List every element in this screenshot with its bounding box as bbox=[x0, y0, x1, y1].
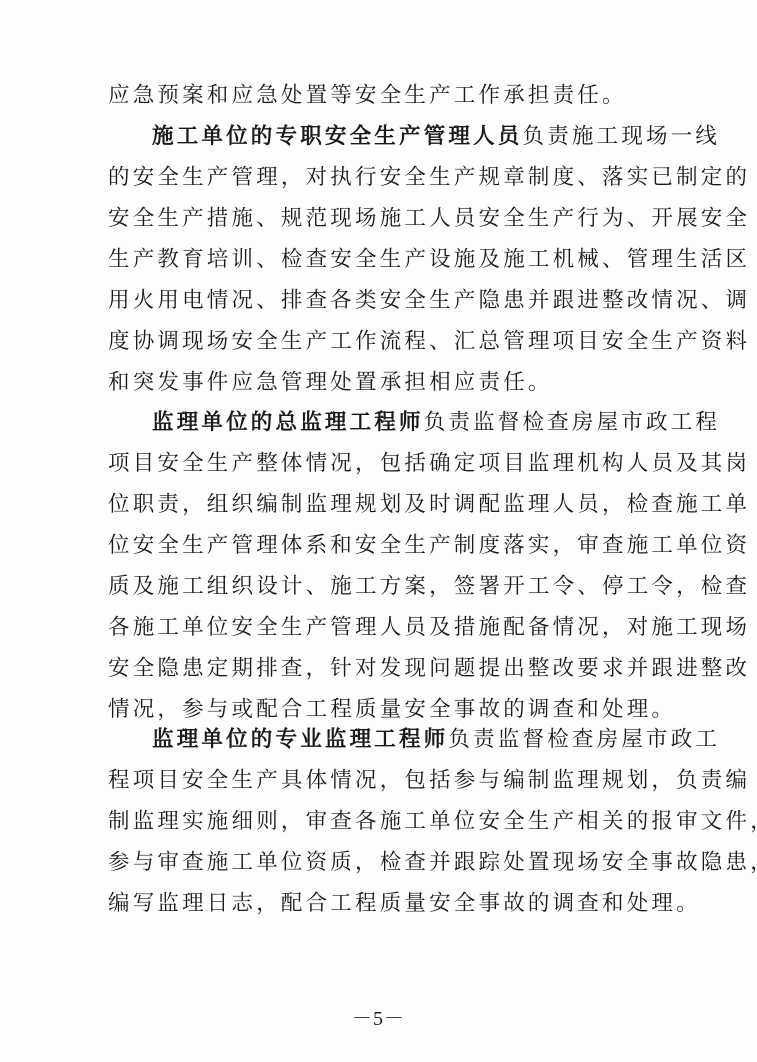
paragraph-heading: 施工单位的专职安全生产管理人员 bbox=[152, 124, 523, 149]
document-page: 应急预案和应急处置等安全生产工作承担责任。 施工单位的专职安全生产管理人员负责施… bbox=[0, 0, 757, 1062]
text-line: 参与审查施工单位资质，检查并跟踪处置现场安全事故隐患， bbox=[108, 843, 668, 883]
text-line: 各施工单位安全生产管理人员及措施配备情况，对施工现场 bbox=[108, 608, 668, 648]
text-line: 位职责，组织编制监理规划及时调配监理人员，检查施工单 bbox=[108, 485, 668, 525]
text-line: 安全隐患定期排查，针对发现问题提出整改要求并跟进整改 bbox=[108, 649, 668, 689]
text-line: 度协调现场安全生产工作流程、汇总管理项目安全生产资料 bbox=[108, 322, 668, 362]
paragraph-text: 负责施工现场一线 bbox=[523, 124, 721, 149]
text-line: 的安全生产管理，对执行安全生产规章制度、落实已制定的 bbox=[108, 158, 668, 198]
text-line: 位安全生产管理体系和安全生产制度落实，审查施工单位资 bbox=[108, 526, 668, 566]
text-line: 制监理实施细则，审查各施工单位安全生产相关的报审文件， bbox=[108, 802, 668, 842]
text-line: 用火用电情况、排查各类安全生产隐患并跟进整改情况、调 bbox=[108, 281, 668, 321]
paragraph-heading: 监理单位的总监理工程师 bbox=[152, 410, 424, 435]
text-line: 应急预案和应急处置等安全生产工作承担责任。 bbox=[108, 76, 668, 116]
text-line: 生产教育培训、检查安全生产设施及施工机械、管理生活区 bbox=[108, 240, 668, 280]
paragraph-first-line: 监理单位的专业监理工程师负责监督检查房屋市政工 bbox=[152, 720, 712, 760]
paragraph-first-line: 监理单位的总监理工程师负责监督检查房屋市政工程 bbox=[152, 403, 712, 443]
paragraph-heading: 监理单位的专业监理工程师 bbox=[152, 727, 448, 752]
text-line: 和突发事件应急管理处置承担相应责任。 bbox=[108, 363, 668, 403]
text-line: 安全生产措施、规范现场施工人员安全生产行为、开展安全 bbox=[108, 199, 668, 239]
text-line: 程项目安全生产具体情况，包括参与编制监理规划，负责编 bbox=[108, 761, 668, 801]
paragraph-text: 负责监督检查房屋市政工 bbox=[448, 727, 720, 752]
page-number: －5－ bbox=[0, 1002, 757, 1031]
text-line: 质及施工组织设计、施工方案，签署开工令、停工令，检查 bbox=[108, 567, 668, 607]
text-line: 项目安全生产整体情况，包括确定项目监理机构人员及其岗 bbox=[108, 444, 668, 484]
text-line: 编写监理日志，配合工程质量安全事故的调查和处理。 bbox=[108, 884, 668, 924]
paragraph-text: 负责监督检查房屋市政工程 bbox=[424, 410, 720, 435]
paragraph-first-line: 施工单位的专职安全生产管理人员负责施工现场一线 bbox=[152, 117, 712, 157]
